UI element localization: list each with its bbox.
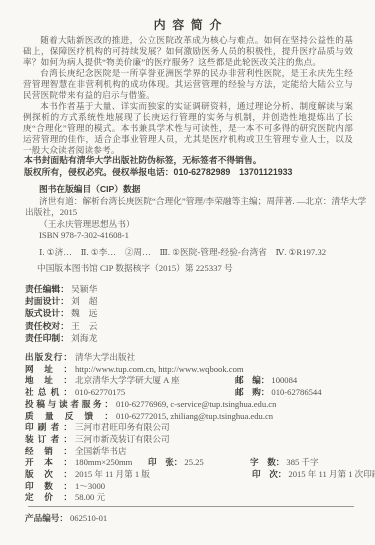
cip-block: 图书在版编目（CIP）数据 济世有道：解析台湾长庚医院“合理化”管理/李荣融等主… [25,184,365,274]
staff-name: 刘海龙 [71,333,97,343]
intro-body: 随着大陆新医改的推进，公立医院改革成为核心与难点。如何在坚持公益性的基础上，保障… [23,35,353,156]
field-value: 010-62770175 [75,387,125,397]
field-value: 2015 年 11 月第 1 版 [75,469,150,479]
staff-role-label: 责任校对： [25,321,69,331]
footer-divider [28,506,354,507]
publishing-info: 出版发行：清华大学出版社 网址：http://www.tup.com.cn, h… [25,352,375,504]
field-value: http://www.tup.com.cn, http://www.wqbook… [75,364,244,374]
switchboard-row: 社总机：010-62770175邮 购：010-62786544 [25,387,375,399]
printer-row: 印刷者：三河市君旺印务有限公司 [25,422,375,434]
staff-row: 版式设计：魏 远 [25,307,225,319]
cip-entry-line1: 济世有道：解析台湾长庚医院“合理化”管理/李荣融等主编；周萍著. —北京：清华大… [39,196,365,207]
field-label: 邮 编： [235,375,269,385]
field-value: 北京清华大学学研大厦 A 座 [75,375,180,385]
cip-header: 图书在版编目（CIP）数据 [39,184,365,195]
field-value: 三河市君旺印务有限公司 [75,422,170,432]
field-label: 地址： [25,375,72,387]
copyright-hotline-line: 版权所有，侵权必究。侵权举报电话：010-62782989 1370112193… [24,167,364,179]
staff-row: 责任编辑：吴颖华 [25,283,225,295]
field-label: 印刷者： [25,422,72,434]
publisher-row: 出版发行：清华大学出版社 [25,352,375,364]
product-number-value: 062510-01 [70,513,107,523]
anti-piracy-line: 本书封面贴有清华大学出版社防伪标签，无标签者不得销售。 [24,155,364,167]
staff-role-label: 责任印制： [25,333,69,343]
intro-title: 内容简介 [0,16,375,33]
staff-row: 责任印制：刘海龙 [25,332,225,344]
website-row: 网址：http://www.tup.com.cn, http://www.wqb… [25,364,375,376]
staff-row: 责任校对：王 云 [25,320,225,332]
edition-row: 版次：2015 年 11 月第 1 版印 次：2015 年 11 月第 1 次印… [25,469,375,481]
field-label: 开本： [25,457,72,469]
intro-paragraph: 本书作者基于大量、详实而独家的实证调研资料，通过理论分析、制度解读与案例探析的方… [23,101,353,156]
field-label: 装订者： [25,434,72,446]
copyright-page: 内容简介 随着大陆新医改的推进，公立医院改革成为核心与难点。如何在坚持公益性的基… [0,0,375,545]
staff-role-label: 责任编辑： [25,284,69,294]
cip-entry-line2: 出版社，2015 [25,207,365,218]
distributor-row: 经销：全国新华书店 [25,446,375,458]
field-label: 字 数： [250,457,284,467]
staff-name: 魏 远 [71,308,97,318]
cip-record-number: 中国版本图书馆 CIP 数据核字（2015）第 225337 号 [37,263,365,274]
product-number-label: 产品编号： [25,513,68,523]
field-label: 版次： [25,469,72,481]
field-label: 邮 购： [235,387,269,397]
field-value: 58.00 元 [75,492,105,502]
staff-role-label: 版式设计： [25,308,69,318]
field-label: 印数： [25,481,72,493]
product-number: 产品编号：062510-01 [25,512,107,524]
field-label: 印 张： [148,457,182,467]
staff-name: 吴颖华 [71,284,97,294]
field-label: 社总机： [25,387,72,399]
field-label: 定价： [25,492,72,504]
field-label: 质量反馈： [25,411,113,423]
staff-name: 王 云 [71,321,97,331]
word-count-field: 字 数：385 千字 [250,457,319,469]
mail-order-field: 邮 购：010-62786544 [235,387,322,399]
field-value: 清华大学出版社 [75,352,135,362]
field-value: 010-62772015, zhiliang@tup.tsinghua.edu.… [116,411,273,421]
field-value: 010-62786544 [271,387,321,397]
cip-classification: Ⅰ. ①济… Ⅱ. ①李… ②周… Ⅲ. ①医院-管理-经验-台湾省 Ⅳ. ①R… [39,247,365,258]
field-value: 010-62776969, c-service@tup.tsinghua.edu… [116,399,276,409]
format-row: 开本：180mm×250mm印 张：25.25字 数：385 千字 [25,457,375,469]
print-run-row: 印数：1～3000 [25,481,375,493]
binder-row: 装订者：三河市新茂装订有限公司 [25,434,375,446]
field-value: 100084 [271,375,297,385]
price-row: 定价：58.00 元 [25,492,375,504]
address-row: 地址：北京清华大学学研大厦 A 座邮 编：100084 [25,375,375,387]
cip-series: （王永庆管理思想丛书） [39,219,365,230]
field-value: 25.25 [184,457,203,467]
impression-field: 印 次：2015 年 11 月第 1 次印刷 [252,469,375,481]
field-value: 385 千字 [286,457,318,467]
reader-service-row: 投稿与读者服务：010-62776969, c-service@tup.tsin… [25,399,375,411]
staff-row: 封面设计：刘 超 [25,295,225,307]
sheets-field: 印 张：25.25 [148,457,204,469]
postcode-field: 邮 编：100084 [235,375,297,387]
staff-role-label: 封面设计： [25,296,69,306]
field-value: 2015 年 11 月第 1 次印刷 [288,469,375,479]
quality-feedback-row: 质量反馈：010-62772015, zhiliang@tup.tsinghua… [25,411,375,423]
intro-paragraph: 台湾长庚纪念医院是一所享誉亚洲医学界的民办非营利性医院，是王永庆先生经营管理智慧… [23,68,353,101]
staff-name: 刘 超 [71,296,97,306]
field-value: 180mm×250mm [75,457,132,467]
intro-paragraph: 随着大陆新医改的推进，公立医院改革成为核心与难点。如何在坚持公益性的基础上，保障… [23,35,353,68]
anti-piracy-notice: 本书封面贴有清华大学出版社防伪标签，无标签者不得销售。 版权所有，侵权必究。侵权… [24,155,364,178]
field-value: 1～3000 [75,481,105,491]
field-label: 网址： [25,364,72,376]
field-label: 经销： [25,446,72,458]
staff-credits: 责任编辑：吴颖华 封面设计：刘 超 版式设计：魏 远 责任校对：王 云 责任印制… [25,283,225,344]
field-label: 投稿与读者服务： [25,399,113,411]
field-label: 出版发行： [25,352,72,364]
cip-isbn: ISBN 978-7-302-41608-1 [39,230,365,241]
field-label: 印 次： [252,469,286,479]
field-value: 全国新华书店 [75,446,127,456]
field-value: 三河市新茂装订有限公司 [75,434,170,444]
